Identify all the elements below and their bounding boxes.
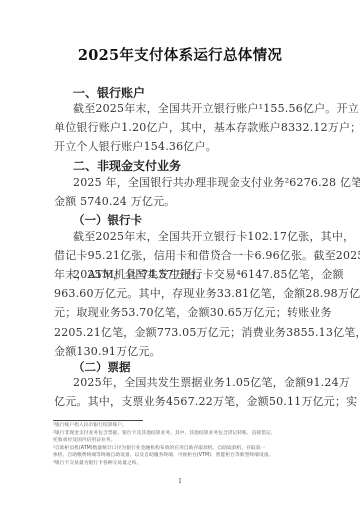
paragraph-bank-card-transactions: 2025年，全国共发生银行卡交易⁴6147.85亿笔，金额 963.60万亿元。…: [54, 265, 307, 361]
footnote: 体机、自助缴费终端等终端自助设备，以及自助服务终端、可视柜台(VTM)、智能柜台…: [53, 452, 313, 460]
subsection-heading-bank-cards: （一）银行卡: [73, 212, 142, 228]
text-line: 金额 5740.24 万亿元。: [54, 192, 307, 211]
paragraph-non-cash-payments: 2025 年，全国银行共办理非现金支付业务²6276.28 亿笔， 金额 574…: [54, 173, 307, 211]
text-line: 截至2025年末，全国共开立银行账户¹155.56亿户。开立: [54, 99, 307, 118]
document-page: 2025年支付体系运行总体情况 一、银行账户 截至2025年末，全国共开立银行账…: [0, 0, 360, 509]
text-line: 截至2025年末，全国共开立银行卡102.17亿张，其中，: [54, 227, 307, 246]
paragraph-bills: 2025年，全国共发生票据业务1.05亿笔，金额91.24万 亿元。其中，支票业…: [54, 373, 307, 411]
footnote-divider: [53, 420, 143, 421]
footnote: ³自助柜员机(ATM)数量统计口径为银行业金融机构布放的在用自助存取款机、自助取…: [53, 445, 313, 453]
text-line: 单位银行账户1.20亿户，其中，基本存款账户8332.12万户；: [54, 118, 307, 137]
footnotes: ¹银行账户指人民币银行结算账户。 ²银行非现金支付业务包含票据、银行卡及其他结算…: [53, 422, 313, 468]
footnote: ⁴银行卡交易量为银行卡各种交易量之和。: [53, 460, 313, 468]
text-line: 2025年，全国共发生银行卡交易⁴6147.85亿笔，金额: [54, 265, 307, 284]
footnote: ¹银行账户指人民币银行结算账户。: [53, 422, 313, 430]
text-line: 开立个人银行账户154.36亿户。: [54, 137, 307, 156]
footnote: 托收承付及国内信用证业务。: [53, 437, 313, 445]
footnote: ²银行非现金支付业务包含票据、银行卡及其他结算业务。其中，其他结算业务包含贷记转…: [53, 430, 313, 438]
paragraph-bank-accounts: 截至2025年末，全国共开立银行账户¹155.56亿户。开立 单位银行账户1.2…: [54, 99, 307, 157]
text-line: 元；取现业务53.70亿笔，金额30.65万亿元；转账业务: [54, 303, 307, 322]
text-line: 2205.21亿笔，金额773.05万亿元；消费业务3855.13亿笔，: [54, 323, 307, 342]
text-line: 借记卡95.21亿张，信用卡和借贷合一卡6.96亿张。截至2025: [54, 246, 307, 265]
text-line: 2025 年，全国银行共办理非现金支付业务²6276.28 亿笔，: [54, 173, 307, 192]
text-line: 2025年，全国共发生票据业务1.05亿笔，金额91.24万: [54, 373, 307, 392]
text-line: 亿元。其中，支票业务4567.22万笔，金额50.11万亿元；实: [54, 392, 307, 411]
document-title: 2025年支付体系运行总体情况: [0, 44, 360, 65]
text-line: 963.60万亿元。其中，存现业务33.81亿笔，金额28.98万亿: [54, 284, 307, 303]
section-heading-non-cash-payments: 二、非现金支付业务: [73, 157, 181, 174]
page-number: 1: [0, 478, 360, 485]
